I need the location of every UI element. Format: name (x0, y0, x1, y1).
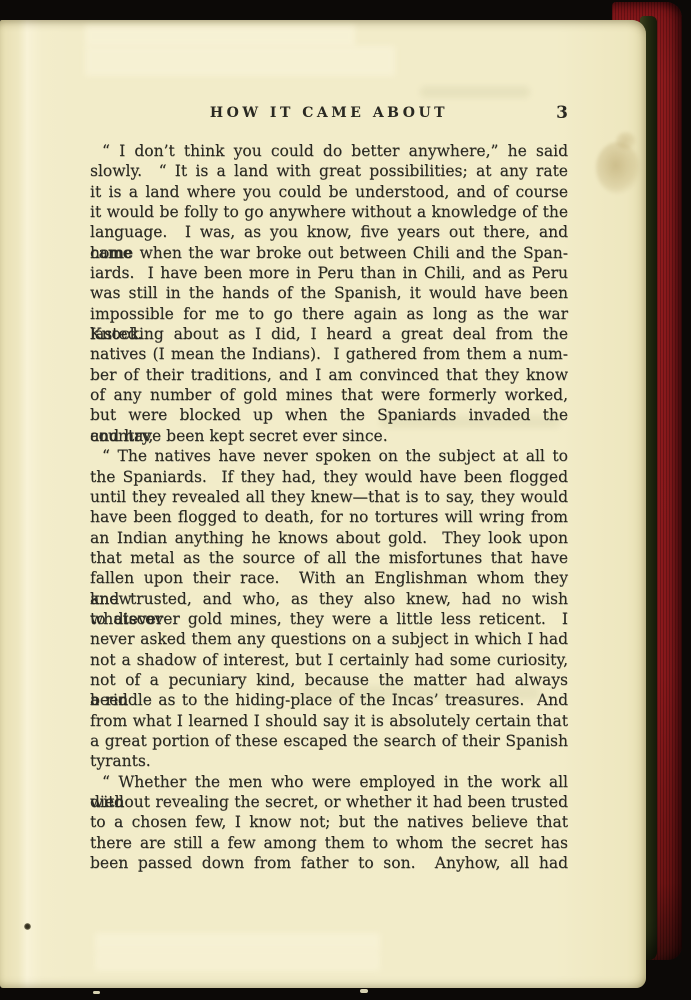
text-line: slowly. “ It is a land with great possib… (90, 161, 568, 181)
paper-stain (596, 142, 640, 194)
running-head: HOW IT CAME ABOUT 3 (90, 105, 568, 121)
dust-speck (93, 991, 100, 994)
text-line: “ I don’t think you could do better anyw… (90, 141, 568, 161)
text-line: been passed down from father to son. Any… (90, 853, 568, 873)
text-line: was still in the hands of the Spanish, i… (90, 283, 568, 303)
text-line: a riddle as to the hiding-place of the I… (90, 690, 568, 710)
text-line: have been flogged to death, for no tortu… (90, 507, 568, 527)
text-line: an Indian anything he knows about gold. … (90, 528, 568, 548)
scanned-book-photo: HOW IT CAME ABOUT 3 “ I don’t think you … (0, 0, 691, 1000)
text-line: never asked them any questions on a subj… (90, 629, 568, 649)
text-line: tyrants. (90, 751, 568, 771)
running-title: HOW IT CAME ABOUT (210, 105, 448, 121)
text-line: without revealing the secret, or whether… (90, 792, 568, 812)
text-line: “ The natives have never spoken on the s… (90, 446, 568, 466)
book-page: HOW IT CAME ABOUT 3 “ I don’t think you … (0, 20, 646, 988)
text-line: ber of their traditions, and I am convin… (90, 365, 568, 385)
text-line: home when the war broke out between Chil… (90, 243, 568, 263)
text-line: and trusted, and who, as they also knew,… (90, 589, 568, 609)
scan-artifact-band (85, 46, 395, 76)
text-line: language. I was, as you know, five years… (90, 222, 568, 242)
text-line: to discover gold mines, they were a litt… (90, 609, 568, 629)
text-line: from what I learned I should say it is a… (90, 711, 568, 731)
text-line: and have been kept secret ever since. (90, 426, 568, 446)
page-number: 3 (556, 103, 568, 123)
text-line: fallen upon their race. With an Englishm… (90, 568, 568, 588)
text-line: natives (I mean the Indians). I gathered… (90, 344, 568, 364)
ghost-text-smudge (420, 86, 530, 98)
scan-artifact-band (95, 951, 380, 971)
text-line: Knocking about as I did, I heard a great… (90, 324, 568, 344)
ink-speck (24, 923, 31, 930)
text-line: impossible for me to go there again as l… (90, 304, 568, 324)
text-line: until they revealed all they knew—that i… (90, 487, 568, 507)
dust-speck (360, 989, 368, 993)
scan-artifact-band (95, 933, 380, 951)
text-block: HOW IT CAME ABOUT 3 “ I don’t think you … (90, 105, 568, 121)
text-line: iards. I have been more in Peru than in … (90, 263, 568, 283)
text-line: there are still a few among them to whom… (90, 833, 568, 853)
scan-artifact-band (85, 26, 355, 46)
text-line: a great portion of these escaped the sea… (90, 731, 568, 751)
text-line: it is a land where you could be understo… (90, 182, 568, 202)
text-line: of any number of gold mines that were fo… (90, 385, 568, 405)
text-line: but were blocked up when the Spaniards i… (90, 405, 568, 425)
text-line: the Spaniards. If they had, they would h… (90, 467, 568, 487)
text-line: not a shadow of interest, but I certainl… (90, 650, 568, 670)
body-text: “ I don’t think you could do better anyw… (90, 141, 568, 873)
text-line: it would be folly to go anywhere without… (90, 202, 568, 222)
text-line: that metal as the source of all the misf… (90, 548, 568, 568)
text-line: not of a pecuniary kind, because the mat… (90, 670, 568, 690)
text-line: “ Whether the men who were employed in t… (90, 772, 568, 792)
paper-stain (616, 132, 636, 150)
text-line: to a chosen few, I know not; but the nat… (90, 812, 568, 832)
